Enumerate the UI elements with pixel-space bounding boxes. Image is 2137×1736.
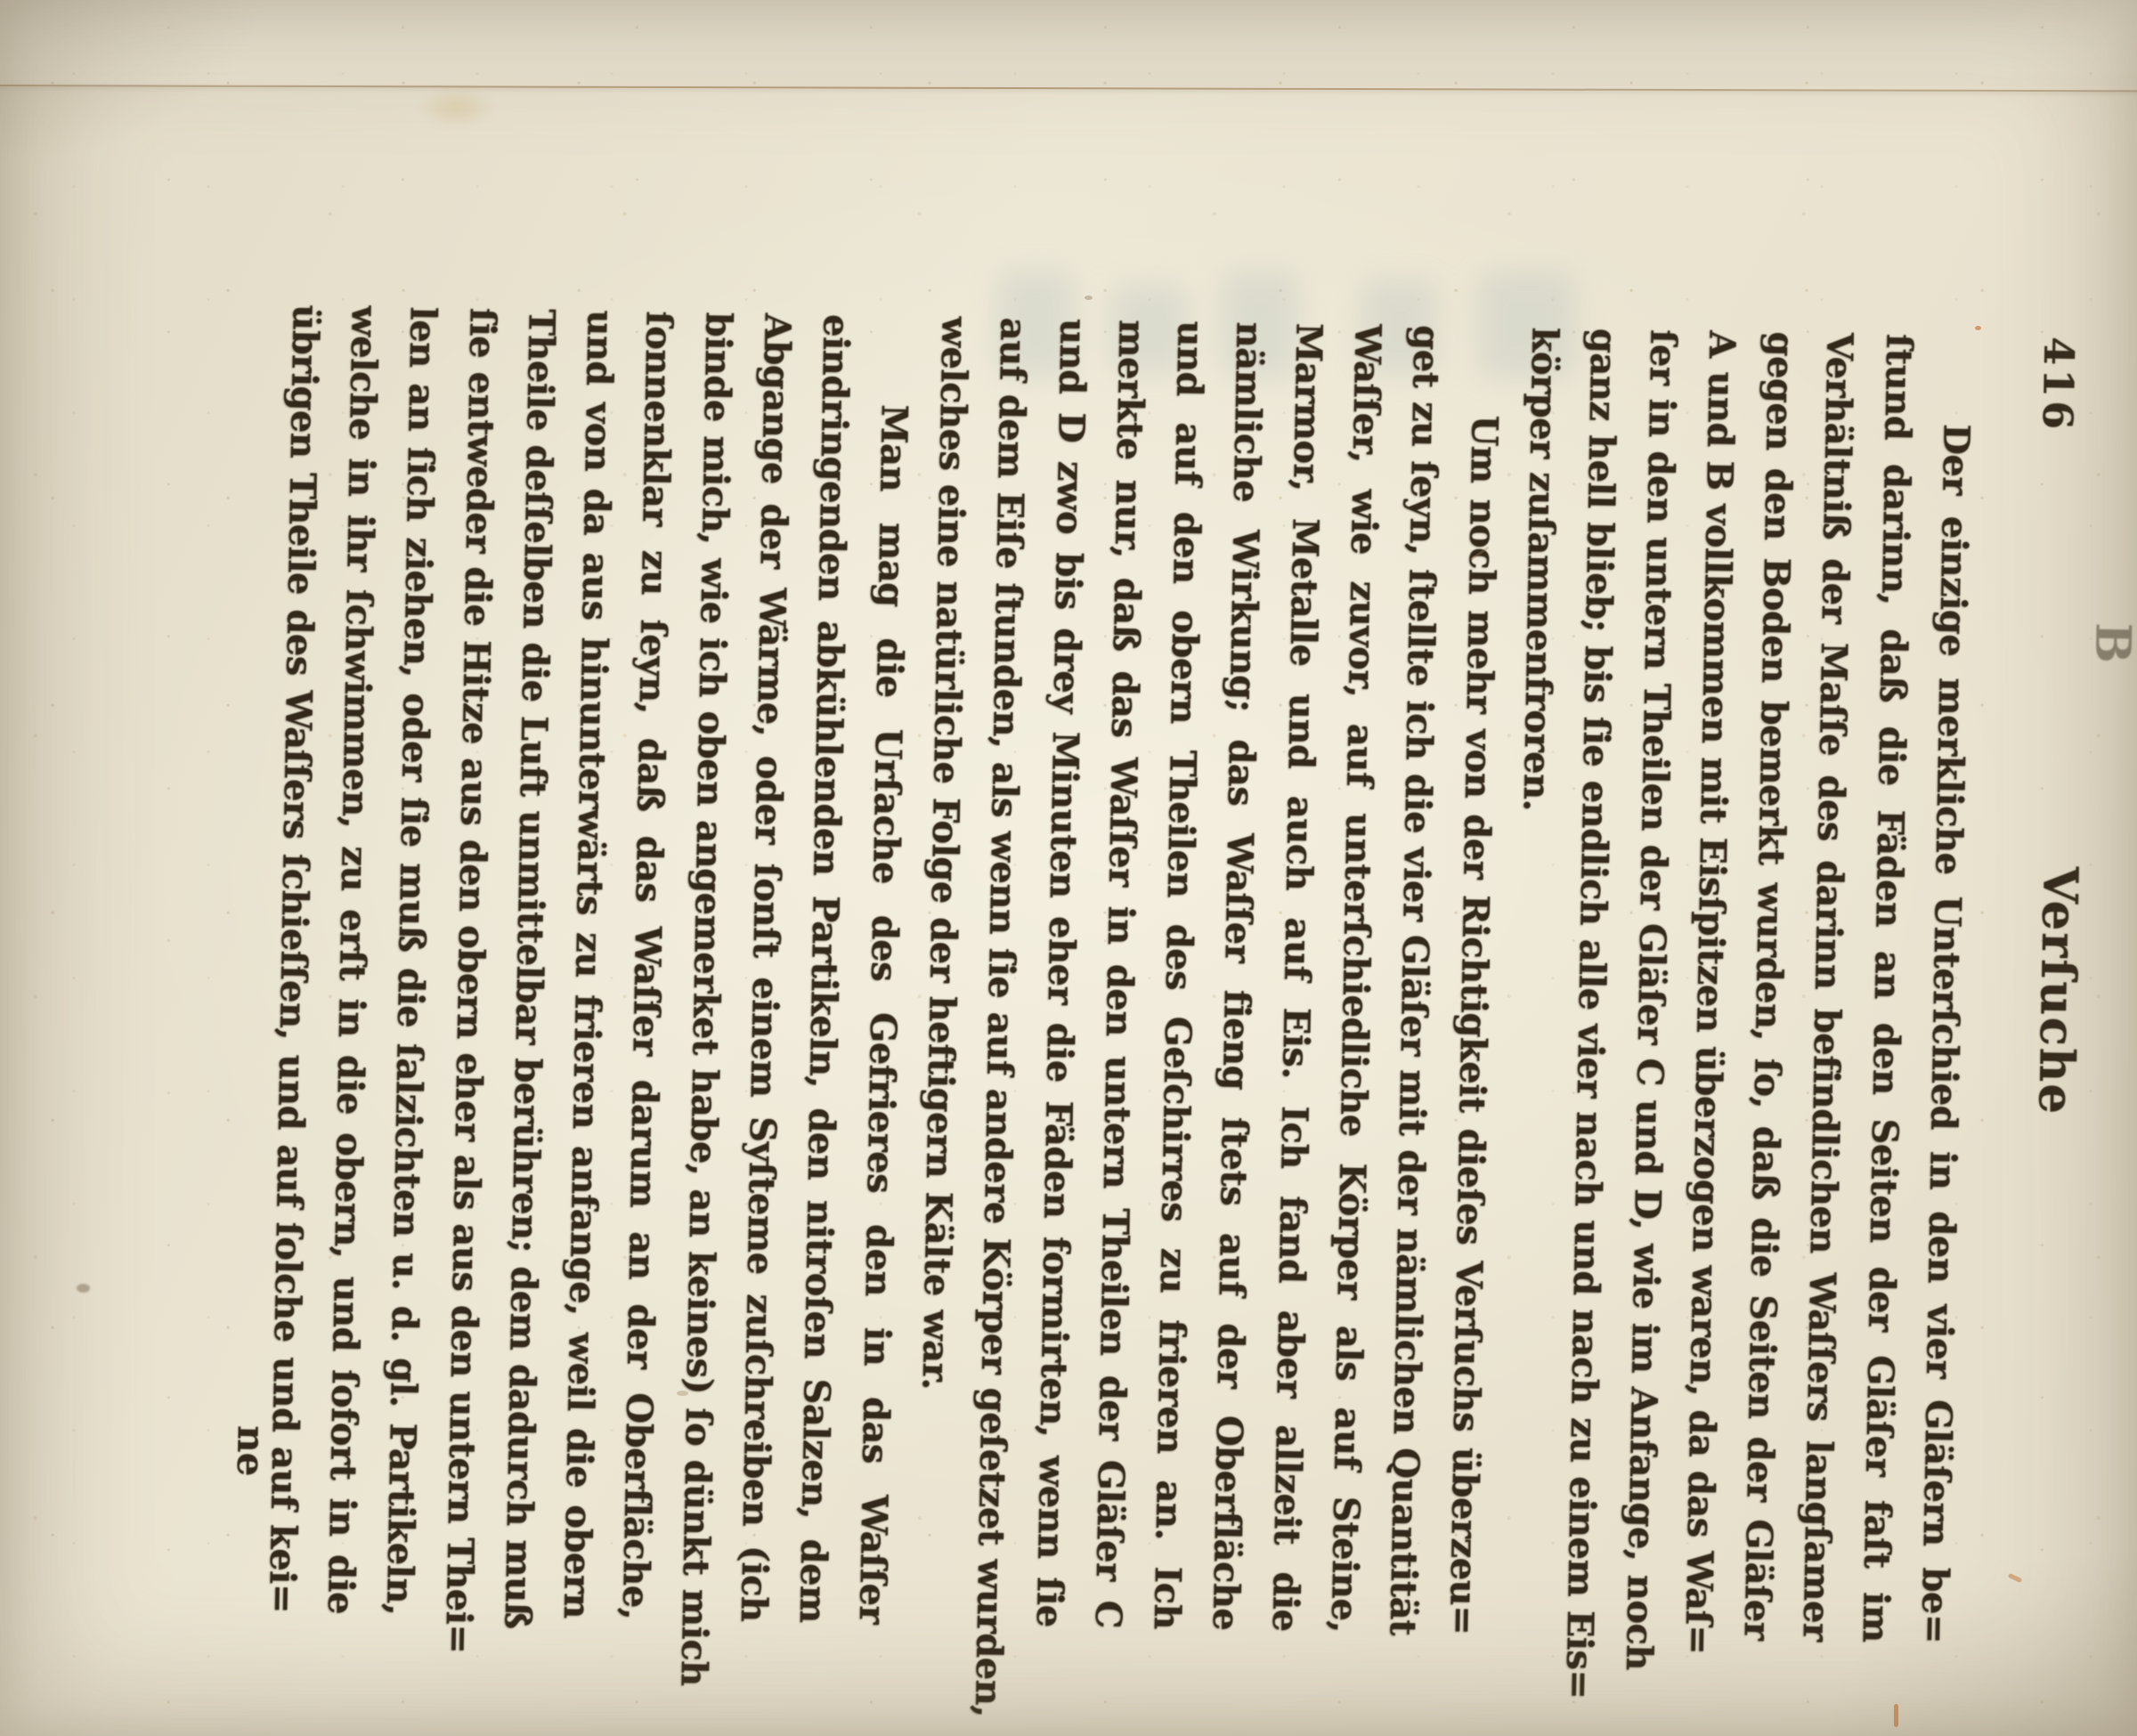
- page-scan: B 416 Verſuche Der einzige merkliche Unt…: [0, 0, 2137, 1736]
- ink-offset-mark: B: [2084, 622, 2137, 664]
- running-header: 416 Verſuche: [2003, 337, 2098, 1646]
- paper-speck: [1085, 296, 1093, 300]
- paper-speck: [77, 1284, 90, 1293]
- rotated-page-layer: B 416 Verſuche Der einzige merkliche Unt…: [0, 0, 2137, 1736]
- paper-speck: [1975, 326, 1981, 330]
- paper-speck: [677, 1391, 688, 1396]
- page-text-layer: B 416 Verſuche Der einzige merkliche Unt…: [0, 0, 2137, 1736]
- paper-speck: [1894, 1704, 1898, 1727]
- paper-stain: [418, 87, 495, 128]
- body-text-block: Der einzige merkliche Unterſchied in den…: [251, 304, 1987, 1644]
- running-title: Verſuche: [2019, 337, 2098, 1646]
- catchword: ne: [229, 1425, 273, 1477]
